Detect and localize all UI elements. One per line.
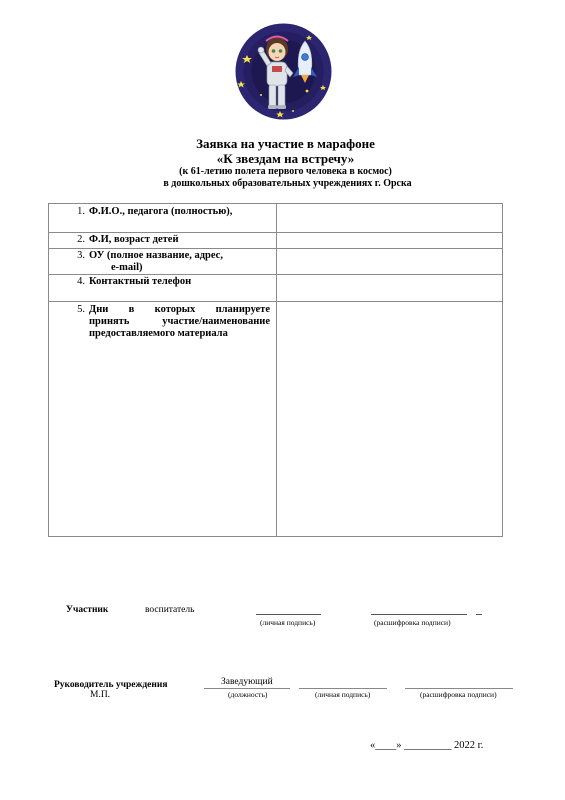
children-age-field[interactable] — [277, 233, 502, 248]
participation-days-field[interactable] — [277, 302, 502, 538]
participant-decoding-line[interactable] — [371, 614, 467, 615]
date-field[interactable]: «____» _________ 2022 г. — [370, 740, 483, 751]
head-signature-line[interactable] — [299, 688, 387, 689]
table-row: 5. Дни в которых планируете принять учас… — [49, 302, 502, 538]
row-label-line: ОУ (полное название, адрес, — [89, 250, 270, 262]
row-label-cell: 2. Ф.И, возраст детей — [49, 233, 276, 248]
row-label-line: Дни в которых планируете — [89, 304, 270, 316]
row-number: 2. — [71, 234, 85, 246]
head-label: Руководитель учреждения — [54, 680, 167, 690]
head-decoding-line[interactable] — [405, 688, 513, 689]
participant-role: воспитатель — [145, 605, 194, 615]
row-number: 1. — [71, 206, 85, 218]
table-row: 4. Контактный телефон — [49, 275, 502, 302]
phone-field[interactable] — [277, 275, 502, 301]
participant-signature-caption: (личная подпись) — [260, 618, 315, 627]
row-label-cell: 4. Контактный телефон — [49, 275, 276, 301]
row-number: 4. — [71, 276, 85, 288]
title-line-2: «К звездам на встречу» — [6, 151, 565, 166]
row-label: Контактный телефон — [89, 276, 270, 288]
row-number: 3. — [71, 250, 85, 262]
row-label: Дни в которых планируете принять участие… — [89, 304, 270, 340]
document-title: Заявка на участие в марафоне «К звездам … — [0, 136, 565, 190]
row-label: Ф.И.О., педагога (полностью), — [89, 206, 270, 218]
row-label-cell: 3. ОУ (полное название, адрес, e-mail) — [49, 249, 276, 274]
participant-label: Участник — [66, 605, 108, 615]
subtitle-line-1: (к 61-летию полета первого человека в ко… — [6, 166, 565, 178]
table-row: 3. ОУ (полное название, адрес, e-mail) — [49, 249, 502, 275]
row-label: Ф.И, возраст детей — [89, 234, 270, 246]
participant-decoding-line-tail — [476, 614, 482, 615]
head-signature-caption: (личная подпись) — [315, 690, 370, 699]
row-label-line: предоставляемого материала — [89, 328, 270, 340]
participant-decoding-caption: (расшифровка подписи) — [374, 618, 451, 627]
row-number: 5. — [71, 304, 85, 316]
row-label-cell: 1. Ф.И.О., педагога (полностью), — [49, 204, 276, 232]
head-decoding-caption: (расшифровка подписи) — [420, 690, 497, 699]
teacher-name-field[interactable] — [277, 204, 502, 232]
participant-signature-line[interactable] — [256, 614, 321, 615]
head-position-line[interactable] — [204, 688, 290, 689]
table-row: 2. Ф.И, возраст детей — [49, 233, 502, 249]
astronaut-logo-icon — [235, 23, 332, 120]
row-label-line: принять участие/наименование — [89, 316, 270, 328]
subtitle-line-2: в дошкольных образовательных учреждениях… — [10, 178, 565, 190]
table-row: 1. Ф.И.О., педагога (полностью), — [49, 204, 502, 233]
row-label: ОУ (полное название, адрес, e-mail) — [89, 250, 270, 274]
application-form-table: 1. Ф.И.О., педагога (полностью), 2. Ф.И,… — [48, 203, 503, 537]
row-label-line: e-mail) — [89, 262, 270, 274]
head-position-caption: (должность) — [228, 690, 267, 699]
title-line-1: Заявка на участие в марафоне — [6, 136, 565, 151]
row-label-cell: 5. Дни в которых планируете принять учас… — [49, 302, 276, 538]
institution-field[interactable] — [277, 249, 502, 274]
stamp-label: М.П. — [90, 690, 110, 700]
head-position-value: Заведующий — [221, 677, 273, 687]
